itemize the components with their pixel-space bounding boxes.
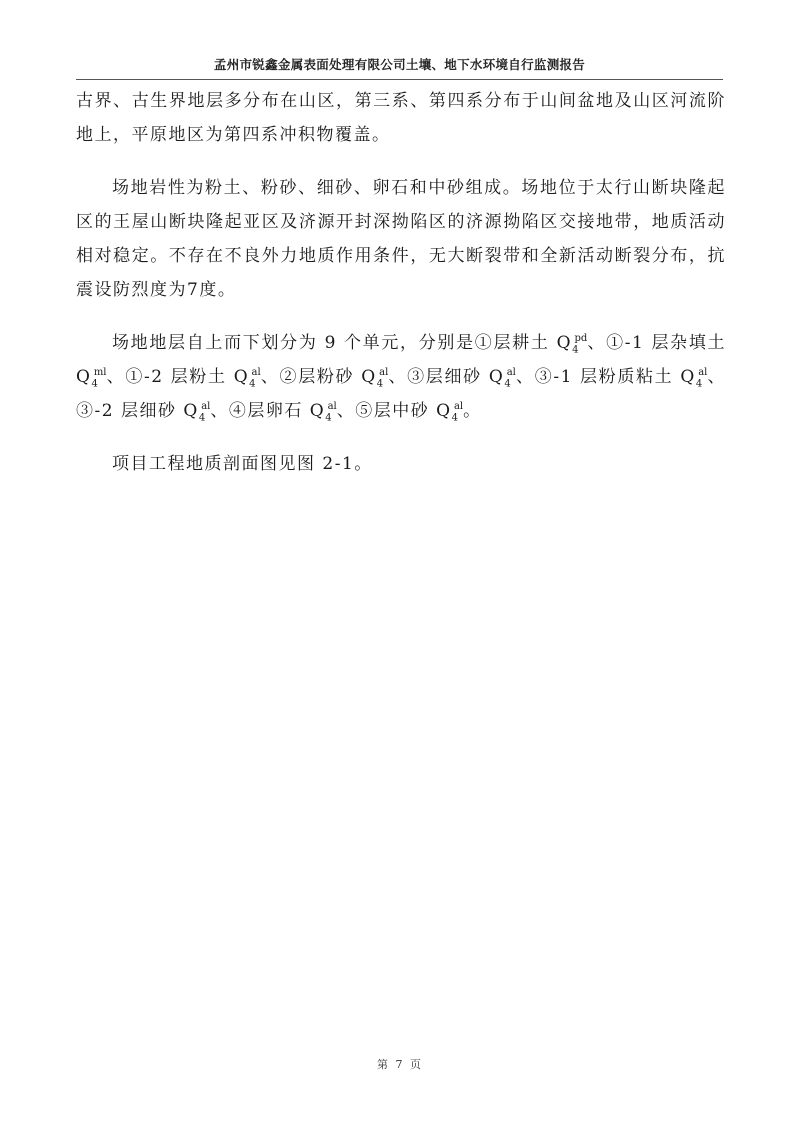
strata-layer: ③层细砂 Q4al	[407, 367, 516, 387]
strata-layer: ④层卵石 Q4al	[229, 401, 337, 421]
strata-layer: ①-2 层粉土 Q4al	[125, 367, 260, 387]
strata-layer: ③-1 层粉质粘土 Q4al	[535, 367, 708, 387]
document-body: 古界、古生界地层多分布在山区，第三系、第四系分布于山间盆地及山区河流阶地上，平原…	[76, 84, 726, 481]
report-title: 孟州市锐鑫金属表面处理有限公司土壤、地下水环境自行监测报告	[214, 57, 585, 72]
page-number: 7	[396, 1058, 405, 1071]
paragraph-site-strata: 场地地层自上而下划分为 9 个单元，分别是①层耕土 Q4pd、①-1 层杂填土 …	[76, 326, 726, 428]
page-header: 孟州市锐鑫金属表面处理有限公司土壤、地下水环境自行监测报告	[76, 56, 723, 80]
paragraph-geology-distribution: 古界、古生界地层多分布在山区，第三系、第四系分布于山间盆地及山区河流阶地上，平原…	[76, 84, 726, 152]
paragraph-figure-reference: 项目工程地质剖面图见图 2-1。	[76, 447, 726, 481]
page-footer: 第 7 页	[0, 1056, 800, 1072]
strata-layer: ①层耕土 Q4pd	[475, 333, 587, 353]
paragraph-site-lithology: 场地岩性为粉土、粉砂、细砂、卵石和中砂组成。场地位于太行山断块隆起区的王屋山断块…	[76, 171, 726, 307]
strata-layer: ②层粉砂 Q4al	[280, 367, 389, 387]
page-suffix: 页	[410, 1058, 423, 1071]
page-prefix: 第	[377, 1058, 390, 1071]
strata-layer: ③-2 层细砂 Q4al	[76, 401, 210, 421]
strata-layer: ⑤层中砂 Q4al	[355, 401, 463, 421]
strata-intro: 场地地层自上而下划分为 9 个单元，分别是	[112, 333, 475, 353]
